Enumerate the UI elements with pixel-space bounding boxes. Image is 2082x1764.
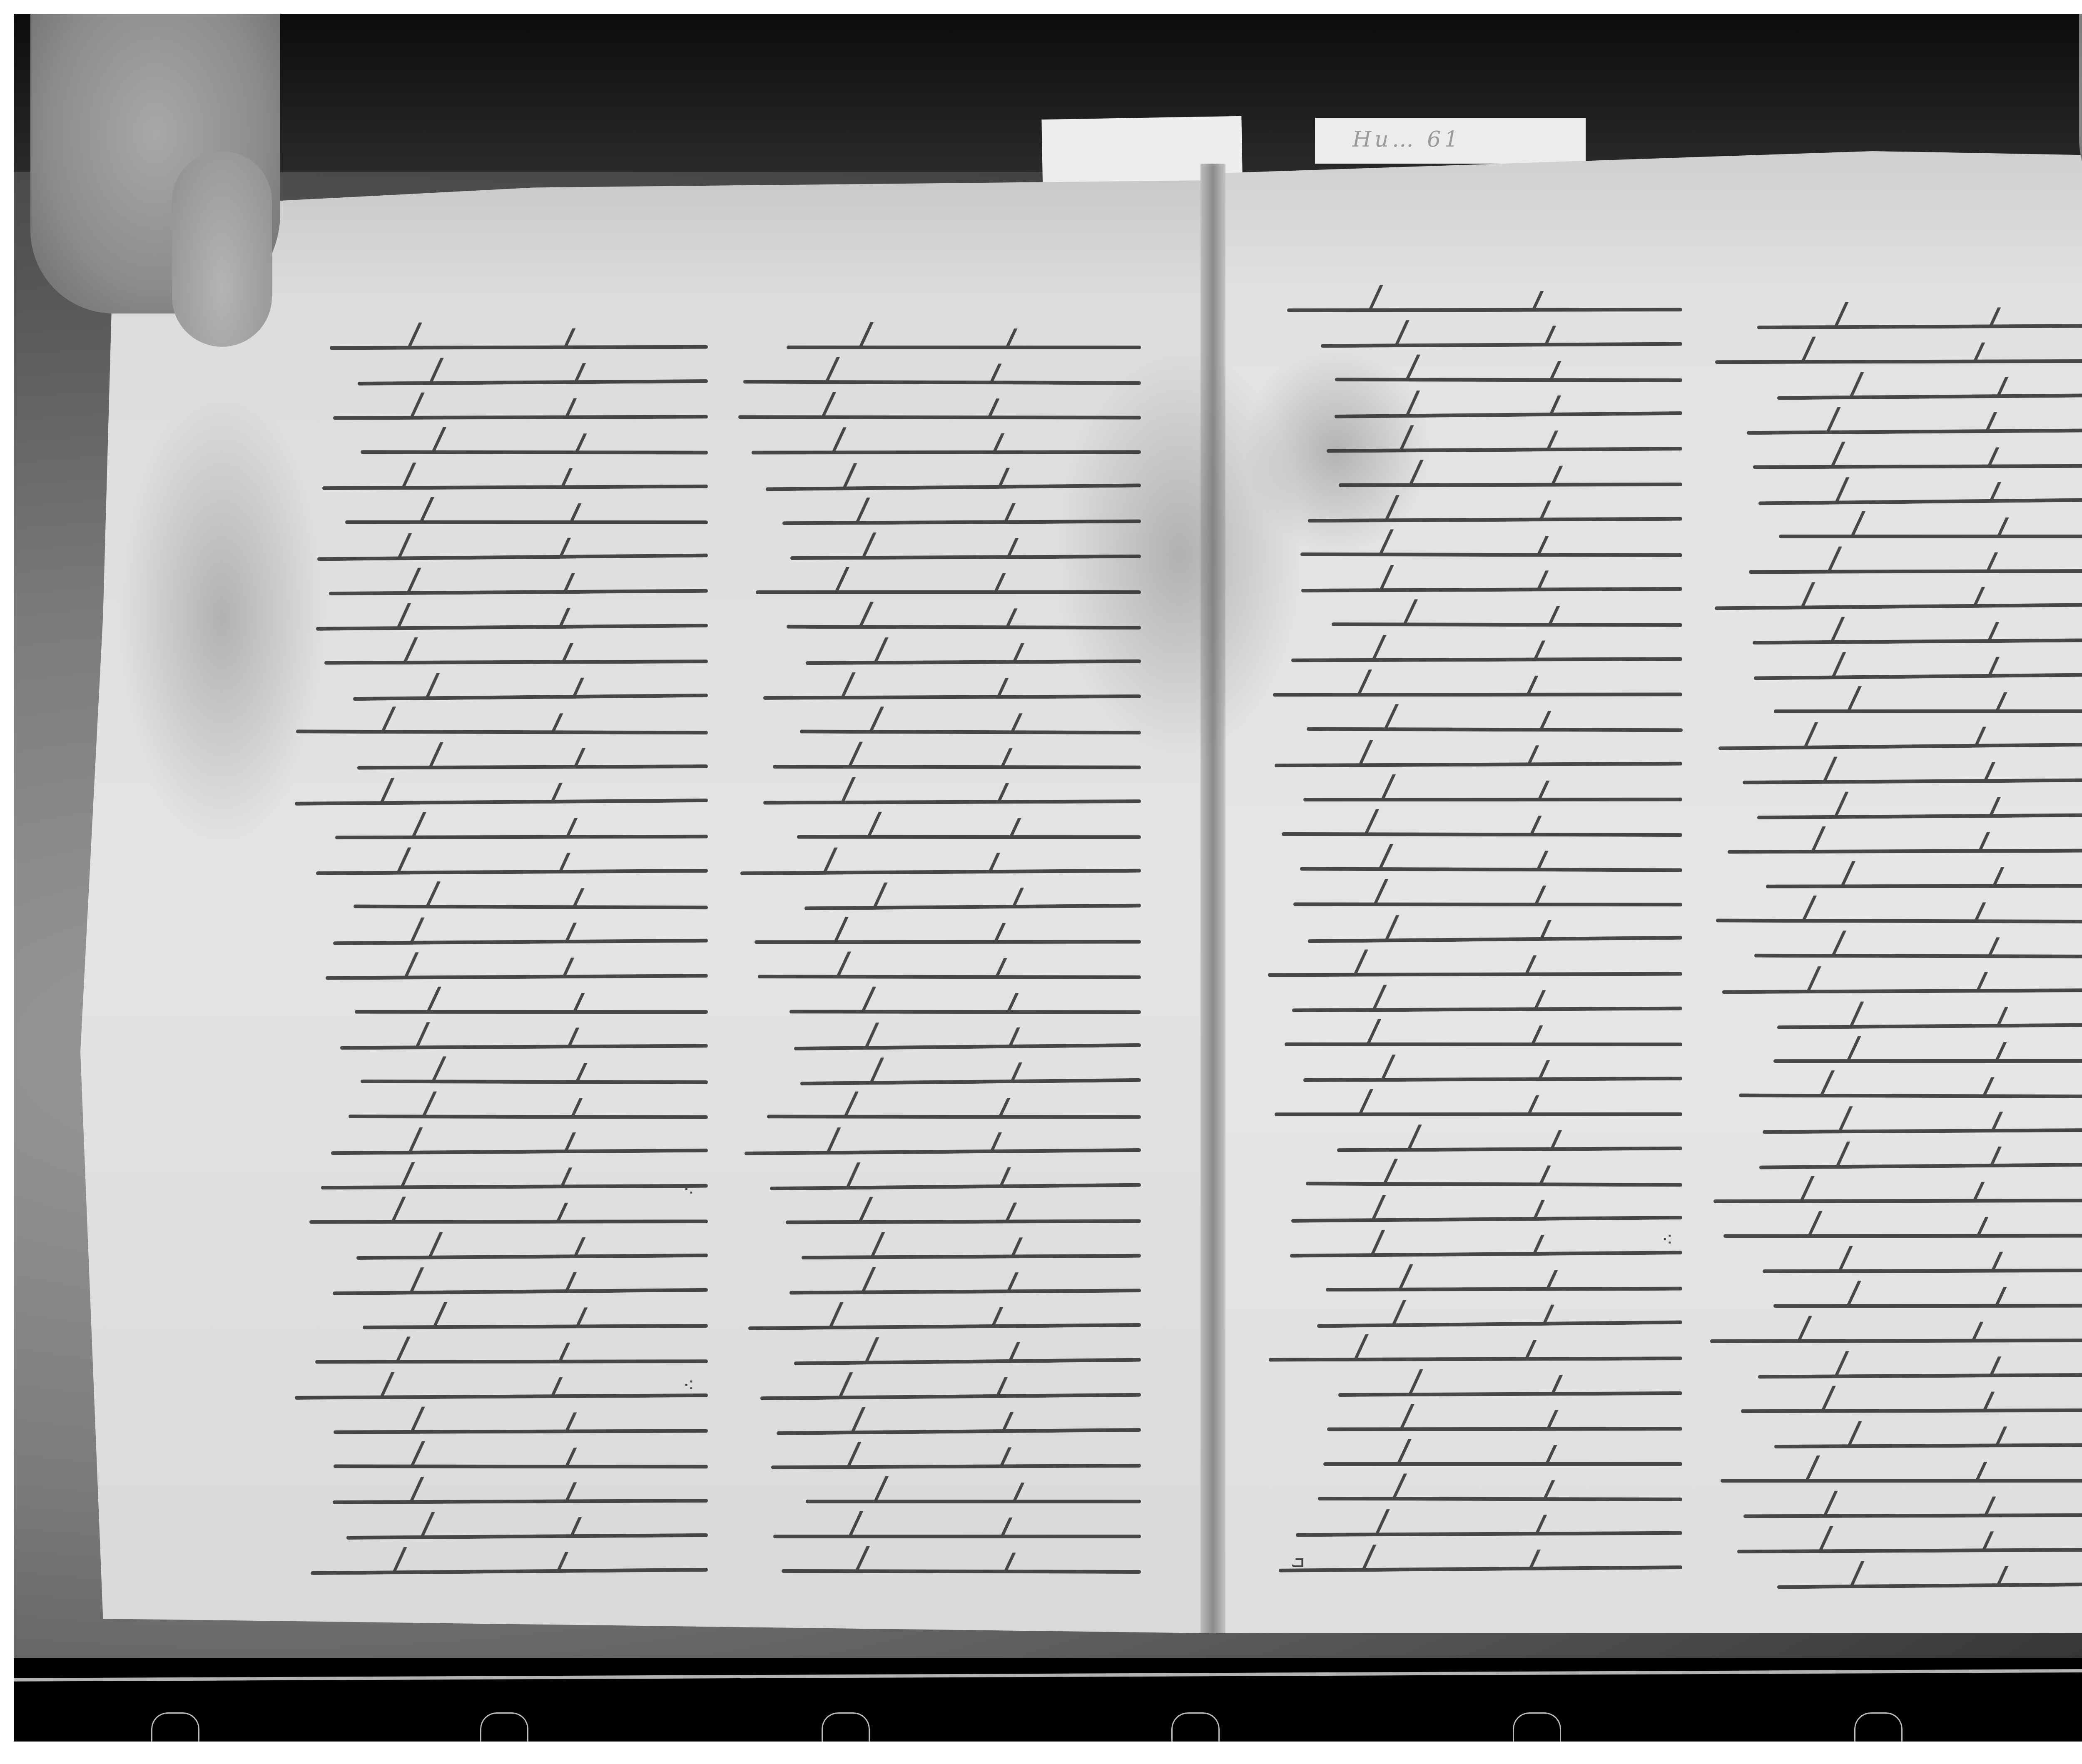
script-line xyxy=(1268,972,1682,977)
script-line xyxy=(1282,832,1682,837)
script-line xyxy=(1773,1304,2082,1308)
script-line xyxy=(1723,1234,2082,1238)
script-line xyxy=(1757,324,2082,329)
script-line xyxy=(1285,1042,1682,1046)
text-column xyxy=(1707,308,2082,1602)
script-line xyxy=(1763,1269,2082,1273)
script-line xyxy=(295,1393,708,1400)
script-line xyxy=(1713,1199,2082,1203)
script-line xyxy=(315,1359,708,1363)
script-line xyxy=(1332,622,1682,627)
script-line xyxy=(771,1464,1141,1469)
script-line xyxy=(1303,1077,1682,1082)
script-line xyxy=(1327,1427,1682,1431)
script-line xyxy=(1292,1007,1682,1013)
script-line xyxy=(763,694,1141,700)
script-line xyxy=(740,869,1141,876)
script-line xyxy=(763,799,1141,805)
script-line xyxy=(309,1219,708,1224)
margin-mark: ܒ xyxy=(1291,1549,1305,1572)
text-column xyxy=(291,329,708,1588)
script-line xyxy=(1308,517,1682,523)
script-line xyxy=(329,589,708,596)
script-line xyxy=(333,415,708,420)
script-line xyxy=(766,483,1141,491)
script-line xyxy=(1754,954,2082,958)
script-line xyxy=(1275,1112,1682,1116)
script-line xyxy=(789,1289,1141,1294)
script-line xyxy=(1718,742,2082,750)
script-line xyxy=(800,730,1141,735)
script-line xyxy=(1296,1531,1682,1537)
script-line xyxy=(1273,693,1682,697)
script-line xyxy=(322,485,708,490)
script-line xyxy=(1269,1356,1682,1361)
script-line xyxy=(324,659,708,664)
script-line xyxy=(787,625,1141,629)
script-line xyxy=(1739,1094,2082,1099)
script-line xyxy=(787,346,1141,349)
script-line xyxy=(794,1043,1141,1050)
script-line xyxy=(782,520,1141,525)
script-line xyxy=(1337,1147,1682,1152)
script-line xyxy=(738,415,1141,419)
script-line xyxy=(1773,1059,2082,1063)
margin-mark: ⁖ xyxy=(683,1374,695,1397)
script-line xyxy=(1323,1462,1682,1466)
script-line xyxy=(1308,936,1682,943)
script-line xyxy=(1716,919,2082,924)
script-line xyxy=(1758,498,2082,505)
script-line xyxy=(782,1569,1141,1574)
script-line xyxy=(1774,709,2082,713)
script-line xyxy=(1774,1443,2082,1448)
script-line xyxy=(1737,1548,2082,1554)
script-line xyxy=(1728,848,2082,853)
script-line xyxy=(1335,378,1682,382)
script-line xyxy=(1300,867,1682,872)
script-line xyxy=(334,1429,708,1434)
script-line xyxy=(340,1044,708,1050)
script-line xyxy=(786,1219,1141,1224)
script-line xyxy=(361,450,708,455)
script-line xyxy=(1291,657,1682,662)
script-line xyxy=(296,729,708,734)
script-line xyxy=(800,1078,1141,1085)
script-line xyxy=(1327,447,1682,453)
film-strip xyxy=(14,1658,2082,1742)
script-line xyxy=(1335,411,1682,418)
script-line xyxy=(1777,1582,2082,1589)
script-line xyxy=(802,1254,1141,1259)
script-line xyxy=(1306,1182,1682,1187)
script-line xyxy=(789,1010,1141,1014)
film-sprocket-hole xyxy=(480,1712,528,1742)
script-line xyxy=(1710,1339,2082,1343)
margin-mark: ⁖ xyxy=(1661,1228,1673,1251)
script-line xyxy=(1749,569,2082,574)
script-line xyxy=(326,974,708,980)
script-line xyxy=(756,590,1141,594)
script-line xyxy=(354,905,708,910)
script-line xyxy=(356,1254,708,1260)
script-line xyxy=(755,940,1141,944)
script-line xyxy=(317,554,708,561)
script-line xyxy=(1741,1408,2082,1413)
text-column xyxy=(1266,291,1682,1585)
script-line xyxy=(745,1148,1141,1155)
script-line xyxy=(1326,1287,1682,1292)
script-line xyxy=(1287,308,1682,312)
margin-mark: ⁖ xyxy=(683,1178,695,1202)
left-thumb xyxy=(172,151,272,347)
script-line xyxy=(1779,535,2082,538)
script-line xyxy=(1757,813,2082,820)
script-line xyxy=(806,659,1141,665)
script-line xyxy=(1300,552,1682,557)
script-line xyxy=(311,1568,708,1575)
script-line xyxy=(1301,587,1682,592)
script-line xyxy=(1291,1216,1682,1223)
script-line xyxy=(748,1323,1141,1330)
script-line xyxy=(773,765,1141,769)
script-line xyxy=(1293,902,1682,906)
script-line xyxy=(333,1499,708,1504)
script-line xyxy=(321,1184,708,1190)
manuscript-photo: Hu… 61 ⁖⁖⁖⁖ܒ xyxy=(14,14,2082,1742)
script-line xyxy=(353,694,708,701)
label-tag: Hu… 61 xyxy=(1315,118,1586,164)
script-line xyxy=(1338,1391,1682,1397)
script-line xyxy=(358,379,708,386)
film-sprocket-hole xyxy=(151,1712,199,1742)
script-line xyxy=(1758,1373,2082,1378)
script-line xyxy=(1766,884,2082,888)
script-line xyxy=(330,345,708,350)
script-line xyxy=(1759,1162,2082,1169)
script-line xyxy=(333,939,708,945)
script-line xyxy=(1777,393,2082,400)
script-line xyxy=(1317,1321,1682,1328)
script-line xyxy=(794,1358,1141,1366)
script-line xyxy=(777,1428,1141,1435)
film-edge-line xyxy=(14,1667,2082,1681)
script-line xyxy=(357,764,708,770)
script-line xyxy=(1715,602,2082,610)
script-line xyxy=(752,450,1141,454)
script-line xyxy=(773,1535,1141,1538)
script-line xyxy=(333,1288,708,1295)
script-line xyxy=(355,1010,708,1014)
script-line xyxy=(1763,1128,2082,1134)
script-line xyxy=(1743,778,2082,784)
label-tag-text: Hu… 61 xyxy=(1352,127,1462,152)
script-line xyxy=(331,1149,708,1155)
script-line xyxy=(770,1183,1141,1191)
script-line xyxy=(349,1115,708,1119)
script-line xyxy=(1777,1023,2082,1029)
script-line xyxy=(1290,1251,1682,1258)
script-line xyxy=(804,904,1141,911)
script-line xyxy=(316,624,708,631)
film-sprocket-hole xyxy=(1854,1712,1903,1742)
script-line xyxy=(1743,1513,2082,1518)
script-line xyxy=(1279,1565,1682,1572)
script-line xyxy=(1754,672,2082,680)
script-line xyxy=(1306,727,1682,732)
script-line xyxy=(1339,483,1682,487)
film-sprocket-hole xyxy=(1513,1712,1561,1742)
script-line xyxy=(363,1324,708,1329)
script-line xyxy=(361,1080,708,1084)
script-line xyxy=(806,1500,1141,1503)
script-line xyxy=(1747,428,2082,435)
script-line xyxy=(1753,464,2082,469)
script-line xyxy=(1753,638,2082,645)
script-line xyxy=(758,975,1141,979)
script-line xyxy=(1715,359,2082,364)
script-line xyxy=(1318,1497,1682,1501)
script-line xyxy=(743,380,1141,385)
script-line xyxy=(316,869,708,875)
script-line xyxy=(335,835,708,839)
script-line xyxy=(295,799,708,806)
film-sprocket-hole xyxy=(822,1712,870,1742)
script-line xyxy=(345,520,708,524)
script-line xyxy=(334,1464,708,1468)
script-line xyxy=(1721,1479,2082,1483)
film-sprocket-hole xyxy=(1171,1712,1220,1742)
script-line xyxy=(1303,798,1682,802)
script-line xyxy=(767,1115,1141,1119)
script-line xyxy=(797,835,1141,839)
script-line xyxy=(346,1533,708,1540)
text-column xyxy=(733,329,1141,1588)
script-line xyxy=(760,1393,1141,1400)
script-line xyxy=(1321,342,1682,348)
script-line xyxy=(1275,762,1683,768)
script-line xyxy=(1722,988,2082,994)
script-line xyxy=(790,555,1141,560)
